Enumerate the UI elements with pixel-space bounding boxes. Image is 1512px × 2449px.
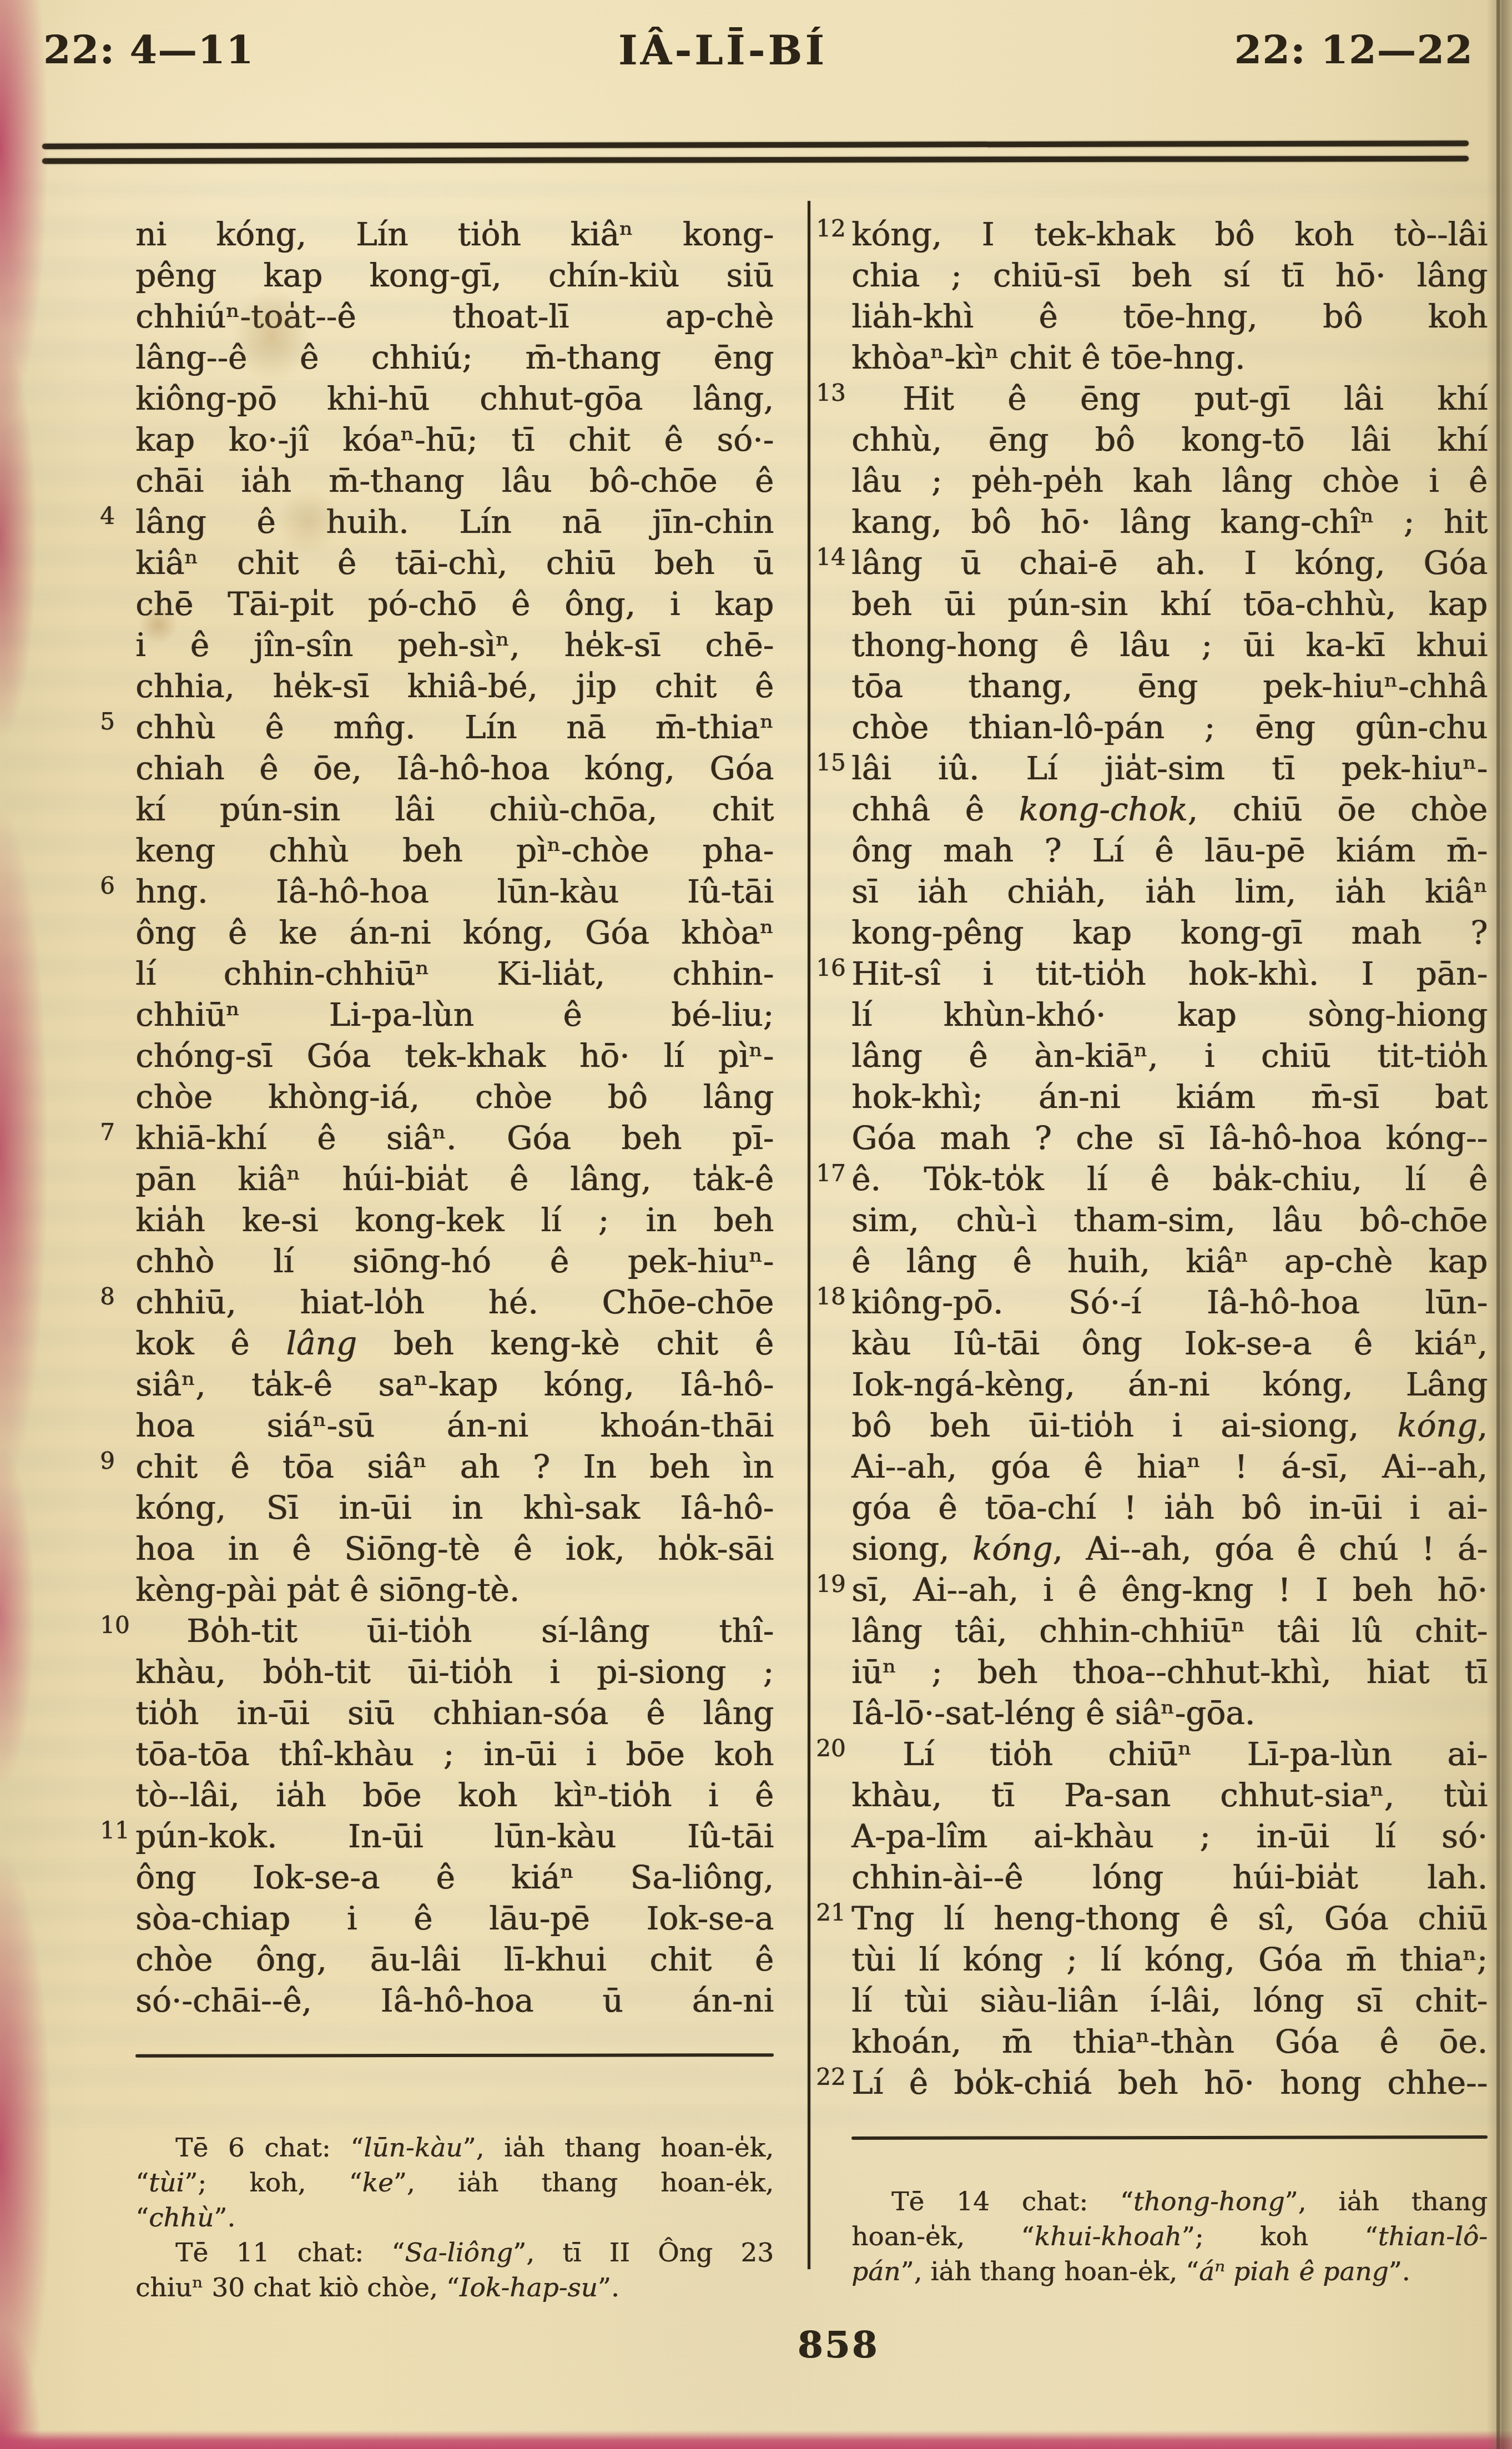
verse-number: 20 bbox=[816, 1737, 848, 1760]
text-line: khàu, tī Pa-san chhut-siaⁿ, tùi bbox=[851, 1775, 1488, 1816]
text-line: góa ê tōa-chí ! ia̍h bô in-ūi i ai- bbox=[851, 1487, 1488, 1528]
text-line: beh ūi pún-sin khí tōa-chhù, kap bbox=[851, 583, 1488, 624]
text-line: chhin-ài--ê lóng húi-bia̍t lah. bbox=[851, 1857, 1488, 1898]
text-line: chhia, he̍k-sī khiâ-bé, ji̍p chit ê bbox=[135, 666, 774, 707]
verse-line: 14lâng ū chai-ē ah. I kóng, Góa bbox=[851, 542, 1488, 583]
verse-number: 12 bbox=[816, 217, 848, 240]
verse-line: 22Lí ê bo̍k-chiá beh hō· hong chhe-- bbox=[851, 2062, 1488, 2103]
text-line: Iâ-lō·-sat-léng ê siâⁿ-gōa. bbox=[851, 1692, 1488, 1734]
verse-number: 4 bbox=[100, 505, 132, 528]
text-line: chē Tāi-pi̍t pó-chō ê ông, i kap bbox=[135, 583, 774, 624]
text-line: lâng--ê ê chhiú; m̄-thang ēng bbox=[135, 337, 774, 378]
verse-number: 8 bbox=[100, 1285, 132, 1308]
text-line: ê lâng ê huih, kiâⁿ ap-chè kap bbox=[851, 1241, 1488, 1282]
verse-line: 5chhù ê mn̂g. Lín nā m̄-thiaⁿ bbox=[135, 707, 774, 748]
text-line: hoan-e̍k, “khui-khoah”; koh “thian-lô- bbox=[851, 2219, 1488, 2254]
header-double-rule-top bbox=[42, 140, 1469, 149]
text-line: Iok-ngá-kèng, án-ni kóng, Lâng bbox=[851, 1364, 1488, 1405]
text-line: kóng, Sī in-ūi in khì-sak Iâ-hô- bbox=[135, 1487, 774, 1528]
verse-number: 17 bbox=[816, 1162, 848, 1185]
text-line: chhâ ê kong-chok, chiū ōe chòe bbox=[851, 789, 1488, 830]
text-line: siâⁿ, ta̍k-ê saⁿ-kap kóng, Iâ-hô- bbox=[135, 1364, 774, 1405]
text-line: kang, bô hō· lâng kang-chîⁿ ; hit bbox=[851, 501, 1488, 542]
text-line: tōa thang, ēng pek-hiuⁿ-chhâ bbox=[851, 666, 1488, 707]
text-line: Tē 11 chat: “Sa-liông”, tī II Ông 23 bbox=[135, 2235, 774, 2270]
text-line: chóng-sī Góa tek-khak hō· lí pìⁿ- bbox=[135, 1035, 774, 1076]
right-footnote-text: Tē 14 chat: “thong-hong”, ia̍h thanghoan… bbox=[851, 2184, 1488, 2289]
text-line: tōa-tōa thî-khàu ; in-ūi i bōe koh bbox=[135, 1734, 774, 1775]
left-column-text: ni kóng, Lín tio̍h kiâⁿ kong-pêng kap ko… bbox=[135, 214, 774, 2021]
verse-number: 6 bbox=[100, 874, 132, 898]
text-line: Ai--ah, góa ê hiaⁿ ! á-sī, Ai--ah, bbox=[851, 1446, 1488, 1487]
verse-line: 13Hit ê ēng put-gī lâi khí bbox=[851, 378, 1488, 419]
verse-number: 21 bbox=[816, 1901, 848, 1924]
text-line: kàu Iû-tāi ông Iok-se-a ê kiáⁿ, bbox=[851, 1323, 1488, 1364]
verse-line: 16Hit-sî i tit-tio̍h hok-khì. I pān- bbox=[851, 953, 1488, 994]
verse-line: 8chhiū, hiat-lo̍h hé. Chōe-chōe bbox=[135, 1282, 774, 1323]
verse-line: 6hng. Iâ-hô-hoa lūn-kàu Iû-tāi bbox=[135, 871, 774, 912]
text-line: chia ; chiū-sī beh sí tī hō· lâng bbox=[851, 255, 1488, 296]
text-line: pān kiâⁿ húi-bia̍t ê lâng, ta̍k-ê bbox=[135, 1158, 774, 1200]
left-footnote-text: Tē 6 chat: “lūn-kàu”, ia̍h thang hoan-e̍… bbox=[135, 2130, 774, 2305]
header-book-title: IÂ-LĪ-BÍ bbox=[0, 27, 1445, 74]
text-line: chhò lí siōng-hó ê pek-hiuⁿ- bbox=[135, 1241, 774, 1282]
text-line: “tùi”; koh, “ke”, ia̍h thang hoan-e̍k, bbox=[135, 2165, 774, 2200]
text-line: tio̍h in-ūi siū chhian-sóa ê lâng bbox=[135, 1692, 774, 1734]
verse-number: 7 bbox=[100, 1121, 132, 1144]
text-line: lâu ; pe̍h-pe̍h kah lâng chòe i ê bbox=[851, 460, 1488, 501]
verse-number: 15 bbox=[816, 751, 848, 774]
text-line: Góa mah ? che sī Iâ-hô-hoa kóng-- bbox=[851, 1117, 1488, 1158]
verse-line: 20Lí tio̍h chiūⁿ Lī-pa-lùn ai- bbox=[851, 1734, 1488, 1775]
text-line: chhiúⁿ-toa̍t--ê thoat-lī ap-chè bbox=[135, 296, 774, 337]
text-line: chiah ê ōe, Iâ-hô-hoa kóng, Góa bbox=[135, 748, 774, 789]
verse-line: 15lâi iû. Lí jia̍t-sim tī pek-hiuⁿ- bbox=[851, 748, 1488, 789]
text-line: só·-chāi--ê, Iâ-hô-hoa ū án-ni bbox=[135, 1980, 774, 2021]
text-line: kap ko·-jî kóaⁿ-hū; tī chit ê só·- bbox=[135, 419, 774, 460]
header-double-rule-bottom bbox=[42, 156, 1469, 164]
scanned-bible-page: 22: 4—11 IÂ-LĪ-BÍ 22: 12—22 ni kóng, Lín… bbox=[0, 0, 1512, 2449]
text-line: chòe thian-lô-pán ; ēng gûn-chu bbox=[851, 707, 1488, 748]
verse-line: 18kiông-pō. Só·-í Iâ-hô-hoa lūn- bbox=[851, 1282, 1488, 1323]
text-line: thong-hong ê lâu ; ūi ka-kī khui bbox=[851, 624, 1488, 666]
text-line: kong-pêng kap kong-gī mah ? bbox=[851, 912, 1488, 953]
text-line: kok ê lâng beh keng-kè chit ê bbox=[135, 1323, 774, 1364]
text-line: Tē 14 chat: “thong-hong”, ia̍h thang bbox=[851, 2184, 1488, 2219]
text-line: tùi lí kóng ; lí kóng, Góa m̄ thiaⁿ; bbox=[851, 1939, 1488, 1980]
verse-number: 10 bbox=[100, 1614, 132, 1637]
text-line: ni kóng, Lín tio̍h kiâⁿ kong- bbox=[135, 214, 774, 255]
text-line: lia̍h-khì ê tōe-hng, bô koh bbox=[851, 296, 1488, 337]
verse-number: 13 bbox=[816, 381, 848, 405]
text-line: chiuⁿ 30 chat kiò chòe, “Iok-hap-su”. bbox=[135, 2270, 774, 2305]
text-line: kí pún-sin lâi chiù-chōa, chit bbox=[135, 789, 774, 830]
text-line: bô beh ūi-tio̍h i ai-siong, kóng, bbox=[851, 1405, 1488, 1446]
verse-number: 14 bbox=[816, 546, 848, 569]
text-line: hoa siáⁿ-sū án-ni khoán-thāi bbox=[135, 1405, 774, 1446]
verse-number: 5 bbox=[100, 710, 132, 733]
text-line: tò--lâi, ia̍h bōe koh kìⁿ-tio̍h i ê bbox=[135, 1775, 774, 1816]
verse-number: 16 bbox=[816, 956, 848, 980]
page-gutter-line bbox=[1496, 0, 1500, 2449]
page-number: 858 bbox=[766, 2323, 910, 2366]
text-line: khàu, bo̍h-tit ūi-tio̍h i pi-siong ; bbox=[135, 1651, 774, 1692]
text-line: kiông-pō khi-hū chhut-gōa lâng, bbox=[135, 378, 774, 419]
verse-number: 22 bbox=[816, 2065, 848, 2089]
verse-number: 9 bbox=[100, 1449, 132, 1473]
text-line: hok-khì; án-ni kiám m̄-sī bat bbox=[851, 1076, 1488, 1117]
right-footnote-rule bbox=[851, 2135, 1488, 2140]
verse-line: 12kóng, I tek-khak bô koh tò--lâi bbox=[851, 214, 1488, 255]
verse-number: 11 bbox=[100, 1819, 132, 1842]
verse-number: 18 bbox=[816, 1285, 848, 1308]
column-divider-rule bbox=[808, 201, 810, 2269]
text-line: lâng ê àn-kiāⁿ, i chiū tit-tio̍h bbox=[851, 1035, 1488, 1076]
text-line: pêng kap kong-gī, chín-kiù siū bbox=[135, 255, 774, 296]
text-line: Tē 6 chat: “lūn-kàu”, ia̍h thang hoan-e̍… bbox=[135, 2130, 774, 2165]
verse-line: 21Tng lí heng-thong ê sî, Góa chiū bbox=[851, 1898, 1488, 1939]
text-line: khoán, m̄ thiaⁿ-thàn Góa ê ōe. bbox=[851, 2021, 1488, 2062]
text-line: siong, kóng, Ai--ah, góa ê chú ! á- bbox=[851, 1528, 1488, 1569]
text-line: kèng-pài pa̍t ê siōng-tè. bbox=[135, 1569, 774, 1610]
verse-line: 17ê. To̍k-to̍k lí ê ba̍k-chiu, lí ê bbox=[851, 1158, 1488, 1200]
text-line: “chhù”. bbox=[135, 2200, 774, 2235]
text-line: i ê jîn-sîn peh-sìⁿ, he̍k-sī chē- bbox=[135, 624, 774, 666]
page-edge-dye-left bbox=[0, 0, 72, 2449]
text-line: khòaⁿ-kìⁿ chit ê tōe-hng. bbox=[851, 337, 1488, 378]
text-line: chhiūⁿ Li-pa-lùn ê bé-liu; bbox=[135, 994, 774, 1035]
verse-line: 11pún-kok. In-ūi lūn-kàu Iû-tāi bbox=[135, 1816, 774, 1857]
text-line: lâng tâi, chhin-chhiūⁿ tâi lû chit- bbox=[851, 1610, 1488, 1651]
text-line: keng chhù beh pìⁿ-chòe pha- bbox=[135, 830, 774, 871]
text-line: lí khùn-khó· kap sòng-hiong bbox=[851, 994, 1488, 1035]
text-line: A-pa-lîm ai-khàu ; in-ūi lí só· bbox=[851, 1816, 1488, 1857]
text-line: sī ia̍h chia̍h, ia̍h lim, ia̍h kiâⁿ bbox=[851, 871, 1488, 912]
text-line: chòe ông, āu-lâi lī-khui chit ê bbox=[135, 1939, 774, 1980]
verse-line: 19sī, Ai--ah, i ê êng-kng ! I beh hō· bbox=[851, 1569, 1488, 1610]
page-edge-dye-bottom bbox=[0, 2430, 1512, 2449]
left-footnote-rule bbox=[135, 2053, 774, 2058]
verse-line: 9chit ê tōa siâⁿ ah ? In beh ìn bbox=[135, 1446, 774, 1487]
text-line: pán”, ia̍h thang hoan-e̍k, “áⁿ piah ê pa… bbox=[851, 2254, 1488, 2289]
text-line: ông Iok-se-a ê kiáⁿ Sa-liông, bbox=[135, 1857, 774, 1898]
verse-line: 10Bo̍h-tit ūi-tio̍h sí-lâng thî- bbox=[135, 1610, 774, 1651]
text-line: sòa-chiap i ê lāu-pē Iok-se-a bbox=[135, 1898, 774, 1939]
header-verse-range-right: 22: 12—22 bbox=[1234, 27, 1473, 73]
text-line: lí chhin-chhiūⁿ Ki-lia̍t, chhin- bbox=[135, 953, 774, 994]
right-column-text: 12kóng, I tek-khak bô koh tò--lâichia ; … bbox=[851, 214, 1488, 2103]
text-line: ông mah ? Lí ê lāu-pē kiám m̄- bbox=[851, 830, 1488, 871]
text-line: chāi ia̍h m̄-thang lâu bô-chōe ê bbox=[135, 460, 774, 501]
page-gutter-shadow bbox=[1486, 0, 1512, 2449]
text-line: kiâⁿ chit ê tāi-chì, chiū beh ū bbox=[135, 542, 774, 583]
text-line: chòe khòng-iá, chòe bô lâng bbox=[135, 1076, 774, 1117]
verse-number: 19 bbox=[816, 1573, 848, 1596]
verse-line: 7khiā-khí ê siâⁿ. Góa beh pī- bbox=[135, 1117, 774, 1158]
text-line: hoa in ê Siōng-tè ê iok, ho̍k-sāi bbox=[135, 1528, 774, 1569]
text-line: lí tùi siàu-liân í-lâi, lóng sī chit- bbox=[851, 1980, 1488, 2021]
text-line: ông ê ke án-ni kóng, Góa khòaⁿ bbox=[135, 912, 774, 953]
text-line: chhù, ēng bô kong-tō lâi khí bbox=[851, 419, 1488, 460]
text-line: kia̍h ke-si kong-kek lí ; in beh bbox=[135, 1200, 774, 1241]
verse-line: 4lâng ê huih. Lín nā jīn-chin bbox=[135, 501, 774, 542]
text-line: sim, chù-ì tham-sim, lâu bô-chōe bbox=[851, 1200, 1488, 1241]
text-line: iūⁿ ; beh thoa--chhut-khì, hiat tī bbox=[851, 1651, 1488, 1692]
